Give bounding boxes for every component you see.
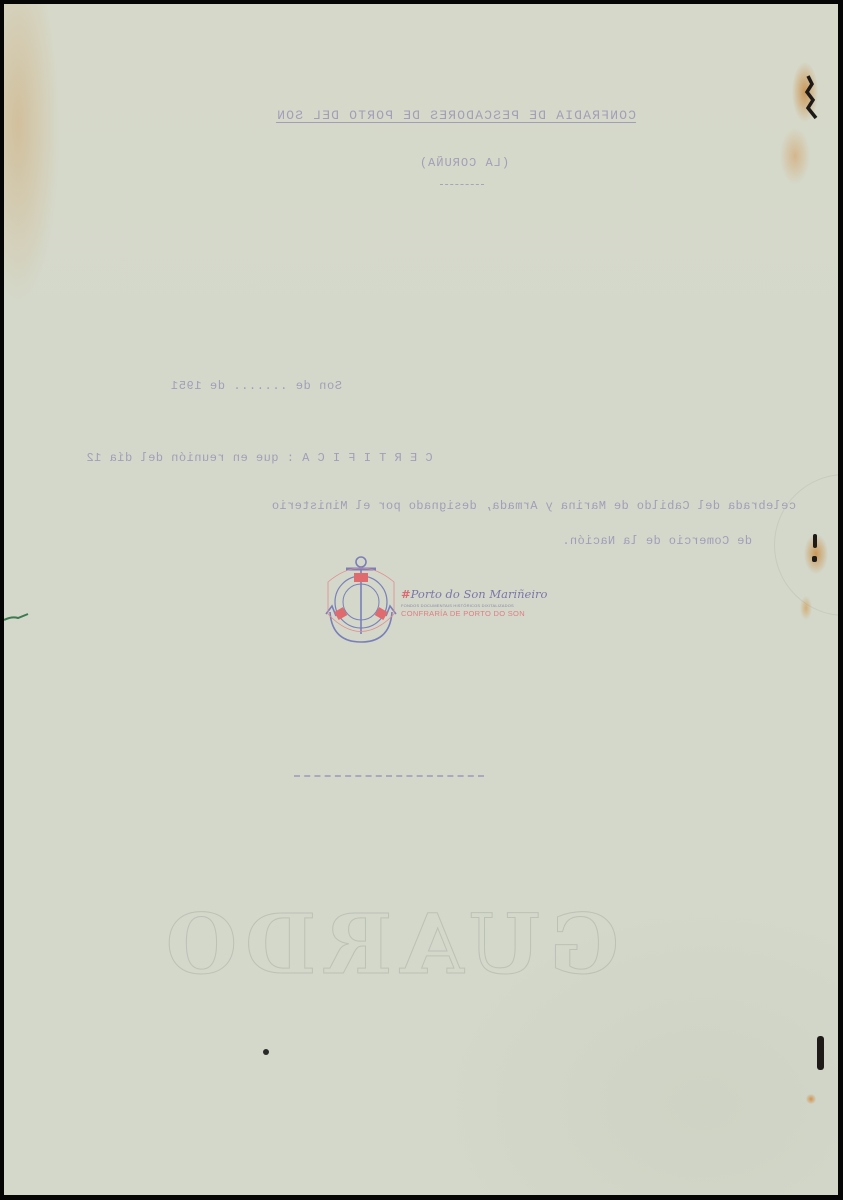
scorch-mark-middle	[813, 534, 817, 548]
scorch-mark-top-icon	[800, 74, 820, 124]
subtitle-rule	[440, 184, 484, 185]
bleed-through-date-line: Son de ....... de 1951	[82, 379, 342, 393]
ink-dot	[263, 1049, 269, 1055]
archive-logo: #Porto do Son Mariñeiro FONDOS DOCUMENTA…	[401, 587, 531, 618]
stain-top-lower	[780, 128, 810, 184]
bleed-through-subtitle: (LA CORUÑA)	[404, 156, 524, 170]
stain-middle-lower	[800, 596, 812, 620]
bleed-through-body-line-1: C E R T I F I C A : que en reunión del d…	[86, 451, 786, 465]
bleed-through-title: CONFRADIA DE PESCADORES DE PORTO DEL SON	[266, 108, 646, 123]
bleed-through-body-line-3: de Comercio de la Nación.	[252, 534, 752, 548]
bleed-through-body-line-2: celebrada del Cabildo de Marina y Armada…	[84, 499, 796, 513]
archive-subtitle: FONDOS DOCUMENTAIS HISTÓRICOS DIXITALIZA…	[401, 603, 531, 608]
stain-bottom	[806, 1094, 816, 1104]
green-ink-mark-icon	[4, 610, 34, 624]
scorch-mark-middle-lower	[812, 556, 817, 562]
scorch-mark-bottom	[817, 1036, 824, 1070]
bleed-through-dash-rule	[294, 775, 484, 777]
archive-brand: #Porto do Son Mariñeiro	[401, 587, 531, 601]
document-page: CONFRADIA DE PESCADORES DE PORTO DEL SON…	[4, 4, 838, 1195]
archive-organization: CONFRARÍA DE PORTO DO SON	[401, 609, 531, 618]
embossed-watermark: GUARDO	[209, 897, 619, 993]
